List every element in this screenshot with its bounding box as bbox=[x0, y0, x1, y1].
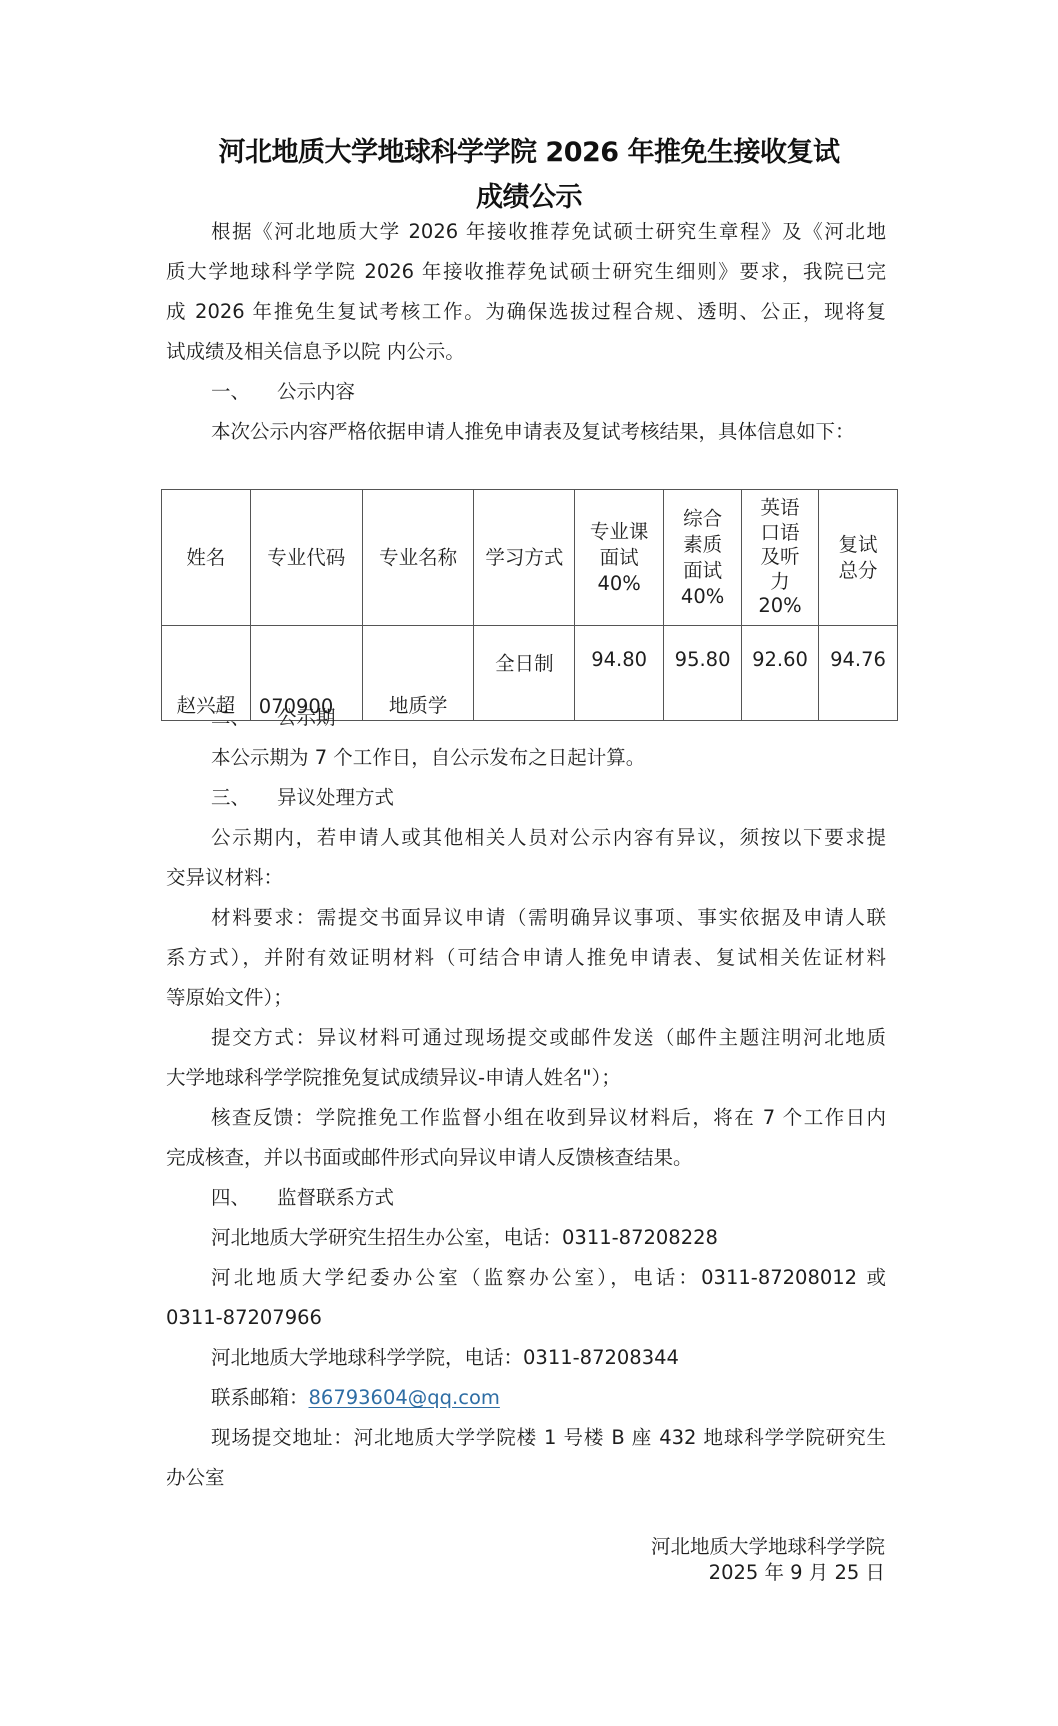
contact-admissions: 河北地质大学研究生招生办公室，电话：0311-87208228 bbox=[211, 1225, 718, 1251]
section-heading-3: 三、异议处理方式 bbox=[211, 785, 394, 811]
intro-line-3: 成 2026 年推免生复试考核工作。为确保选拔过程合规、透明、公正，现将复 bbox=[166, 299, 886, 325]
document-page: 河北地质大学地球科学学院 2026 年推免生接收复试 成绩公示 根据《河北地质大… bbox=[0, 0, 1058, 1726]
section-heading-2: 二、公示期 bbox=[211, 705, 336, 731]
header-quality-interview: 综合素质面试40% bbox=[664, 490, 742, 626]
intro-line-4: 试成绩及相关信息予以院 内公示。 bbox=[166, 339, 465, 365]
section-number: 三、 bbox=[211, 785, 277, 811]
section3-line-6: 提交方式：异议材料可通过现场提交或邮件发送（邮件主题注明河北地质 bbox=[211, 1025, 886, 1051]
email-label: 联系邮箱： bbox=[211, 1386, 309, 1409]
contact-email-line: 联系邮箱：86793604@qq.com bbox=[211, 1385, 500, 1411]
cell-english: 92.60 bbox=[742, 626, 819, 721]
section2-text: 本公示期为 7 个工作日，自公示发布之日起计算。 bbox=[211, 745, 645, 771]
section3-line-7: 大学地球科学学院推免复试成绩异议-申请人姓名"）； bbox=[166, 1065, 621, 1091]
signature-org: 河北地质大学地球科学学院 bbox=[651, 1534, 885, 1560]
section-number: 一、 bbox=[211, 379, 277, 405]
section-title: 异议处理方式 bbox=[277, 786, 394, 809]
cell-study-mode: 全日制 bbox=[474, 626, 575, 721]
contact-address-line2: 办公室 bbox=[166, 1465, 225, 1491]
document-title-line2: 成绩公示 bbox=[0, 175, 1058, 214]
contact-address-line1: 现场提交地址：河北地质大学学院楼 1 号楼 B 座 432 地球科学学院研究生 bbox=[211, 1425, 886, 1451]
section3-line-2: 交异议材料： bbox=[166, 865, 283, 891]
section-heading-1: 一、公示内容 bbox=[211, 379, 355, 405]
section-title: 监督联系方式 bbox=[277, 1186, 394, 1209]
section3-line-8: 核查反馈：学院推免工作监督小组在收到异议材料后，将在 7 个工作日内 bbox=[211, 1105, 886, 1131]
section-number: 二、 bbox=[211, 705, 277, 731]
section3-line-4: 系方式），并附有效证明材料（可结合申请人推免申请表、复试相关佐证材料 bbox=[166, 945, 886, 971]
header-name: 姓名 bbox=[162, 490, 251, 626]
score-table: 姓名 专业代码 专业名称 学习方式 专业课面试40% 综合素质面试40% 英语口… bbox=[161, 489, 898, 721]
section3-line-1: 公示期内，若申请人或其他相关人员对公示内容有异议，须按以下要求提 bbox=[211, 825, 886, 851]
document-title-line1: 河北地质大学地球科学学院 2026 年推免生接收复试 bbox=[0, 130, 1058, 169]
contact-discipline-line1: 河北地质大学纪委办公室（监察办公室），电话：0311-87208012 或 bbox=[211, 1265, 886, 1291]
cell-total: 94.76 bbox=[818, 626, 897, 721]
header-total: 复试总分 bbox=[818, 490, 897, 626]
section3-line-5: 等原始文件）； bbox=[166, 985, 293, 1011]
section1-text: 本次公示内容严格依据申请人推免申请表及复试考核结果，具体信息如下： bbox=[211, 419, 855, 445]
cell-quality-interview: 95.80 bbox=[664, 626, 742, 721]
header-major-name: 专业名称 bbox=[362, 490, 474, 626]
header-study-mode: 学习方式 bbox=[474, 490, 575, 626]
cell-major-name: 地质学 bbox=[362, 626, 474, 721]
section-title: 公示期 bbox=[277, 706, 336, 729]
intro-line-1: 根据《河北地质大学 2026 年接收推荐免试硕士研究生章程》及《河北地 bbox=[211, 219, 886, 245]
cell-course-interview: 94.80 bbox=[575, 626, 664, 721]
section-title: 公示内容 bbox=[277, 380, 355, 403]
section-heading-4: 四、监督联系方式 bbox=[211, 1185, 394, 1211]
header-major-code: 专业代码 bbox=[250, 490, 362, 626]
header-english: 英语口语及听力20% bbox=[742, 490, 819, 626]
table-header-row: 姓名 专业代码 专业名称 学习方式 专业课面试40% 综合素质面试40% 英语口… bbox=[162, 490, 898, 626]
intro-line-2: 质大学地球科学学院 2026 年接收推荐免试硕士研究生细则》要求，我院已完 bbox=[166, 259, 886, 285]
header-course-interview: 专业课面试40% bbox=[575, 490, 664, 626]
email-link[interactable]: 86793604@qq.com bbox=[309, 1386, 500, 1409]
signature-date: 2025 年 9 月 25 日 bbox=[709, 1560, 885, 1586]
section3-line-3: 材料要求：需提交书面异议申请（需明确异议事项、事实依据及申请人联 bbox=[211, 905, 886, 931]
contact-school: 河北地质大学地球科学学院，电话：0311-87208344 bbox=[211, 1345, 679, 1371]
contact-discipline-line2: 0311-87207966 bbox=[166, 1305, 322, 1331]
section-number: 四、 bbox=[211, 1185, 277, 1211]
section3-line-9: 完成核查，并以书面或邮件形式向异议申请人反馈核查结果。 bbox=[166, 1145, 693, 1171]
